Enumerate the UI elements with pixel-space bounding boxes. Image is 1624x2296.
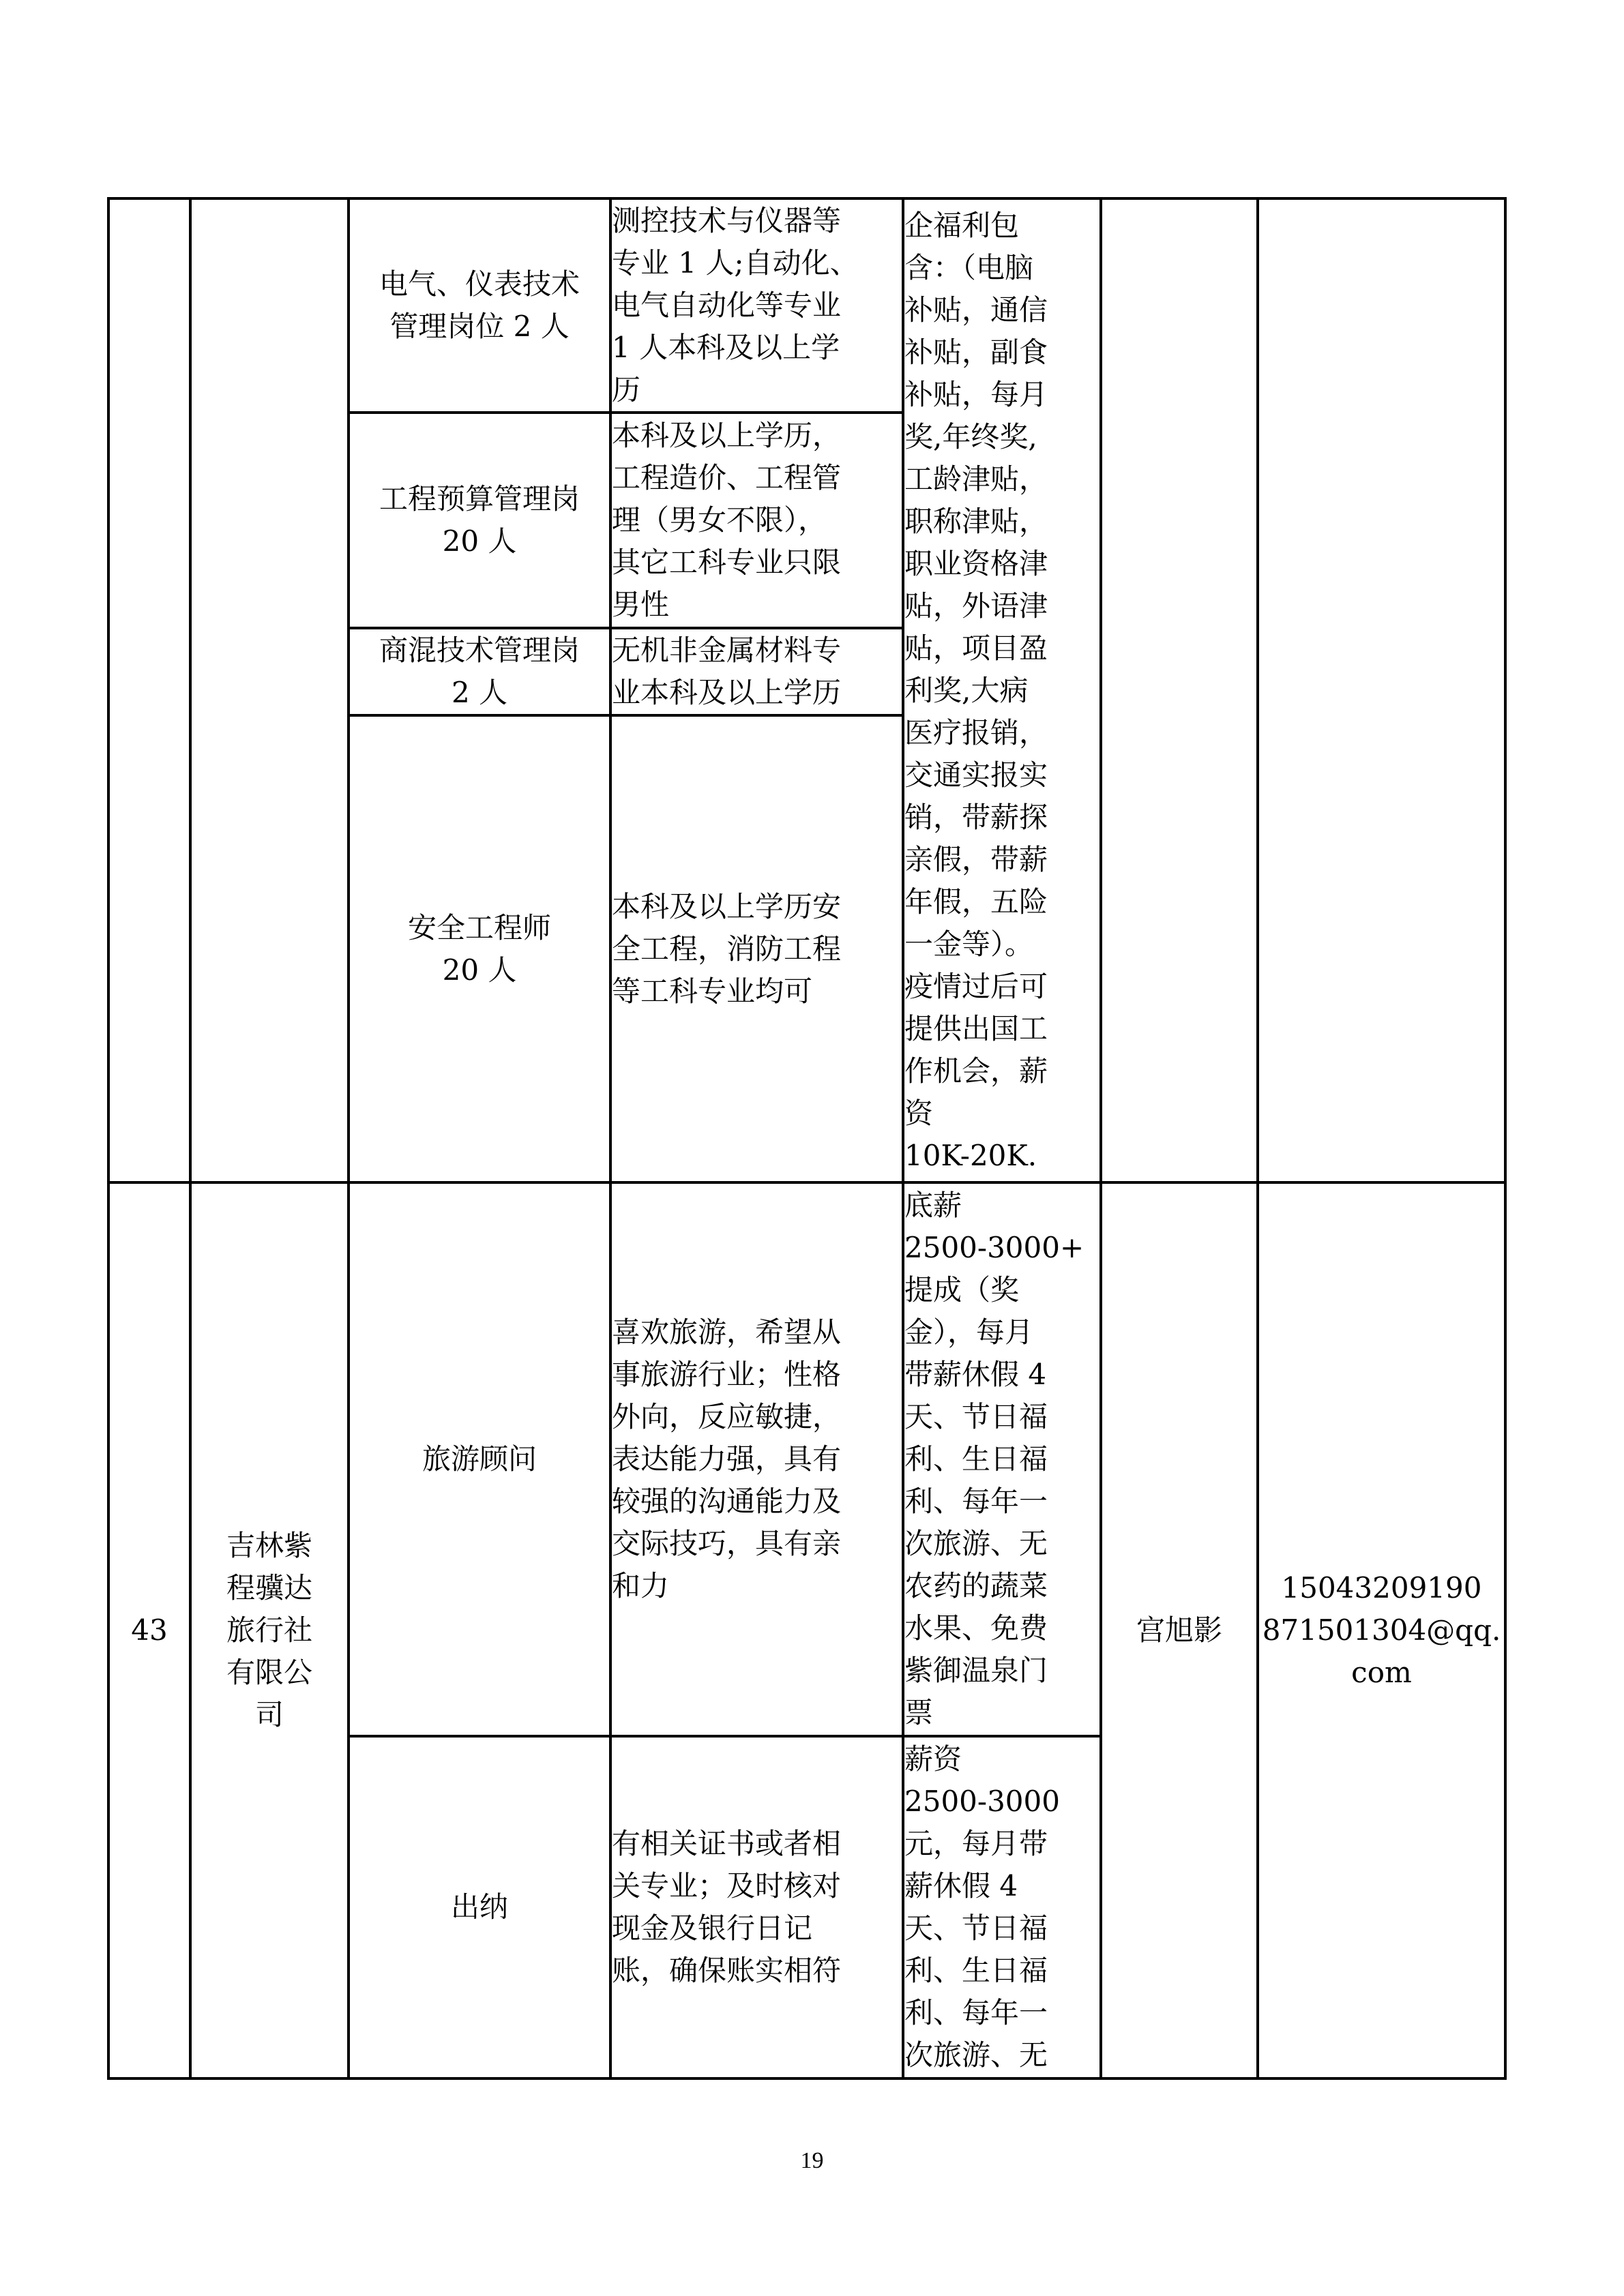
table-row: 43 吉林紫 程骥达 旅行社 有限公 司 旅游顾问 喜欢旅游，希望从 事旅游行业…: [108, 1182, 1505, 1736]
requirement-cell: 测控技术与仪器等 专业 1 人;自动化、 电气自动化等专业 1 人本科及以上学 …: [610, 198, 903, 413]
company-cell: 吉林紫 程骥达 旅行社 有限公 司: [190, 1182, 349, 2078]
recruitment-table: 电气、仪表技术 管理岗位 2 人 测控技术与仪器等 专业 1 人;自动化、 电气…: [107, 197, 1507, 2080]
position-title-cell: 旅游顾问: [349, 1182, 610, 1736]
contact-person-cell: 宫旭影: [1101, 1182, 1258, 2078]
requirement-cell: 本科及以上学历安 全工程，消防工程 等工科专业均可: [610, 715, 903, 1182]
document-page: 电气、仪表技术 管理岗位 2 人 测控技术与仪器等 专业 1 人;自动化、 电气…: [0, 0, 1624, 2296]
position-title-cell: 工程预算管理岗 20 人: [349, 413, 610, 628]
contact-info-cell: [1258, 198, 1505, 1182]
company-cell: [190, 198, 349, 1182]
requirement-cell: 无机非金属材料专 业本科及以上学历: [610, 628, 903, 715]
position-title-cell: 电气、仪表技术 管理岗位 2 人: [349, 198, 610, 413]
requirement-cell: 喜欢旅游，希望从 事旅游行业；性格 外向，反应敏捷， 表达能力强，具有 较强的沟…: [610, 1182, 903, 1736]
index-cell: [108, 198, 190, 1182]
requirement-cell: 有相关证书或者相 关专业；及时核对 现金及银行日记 账，确保账实相符: [610, 1736, 903, 2078]
page-number: 19: [0, 2148, 1624, 2174]
benefit-cell: 企福利包 含：（电脑 补贴，通信 补贴，副食 补贴，每月 奖,年终奖, 工龄津贴…: [903, 198, 1101, 1182]
benefit-cell: 底薪 2500-3000+ 提成（奖 金），每月 带薪休假 4 天、节日福 利、…: [903, 1182, 1101, 1736]
index-cell: 43: [108, 1182, 190, 2078]
benefit-cell: 薪资 2500-3000 元，每月带 薪休假 4 天、节日福 利、生日福 利、每…: [903, 1736, 1101, 2078]
position-title-cell: 安全工程师 20 人: [349, 715, 610, 1182]
contact-person-cell: [1101, 198, 1258, 1182]
position-title-cell: 商混技术管理岗 2 人: [349, 628, 610, 715]
requirement-cell: 本科及以上学历， 工程造价、工程管 理（男女不限）， 其它工科专业只限 男性: [610, 413, 903, 628]
email-address: 871501304@qq.: [1259, 1609, 1504, 1652]
table-row: 电气、仪表技术 管理岗位 2 人 测控技术与仪器等 专业 1 人;自动化、 电气…: [108, 198, 1505, 413]
position-title-cell: 出纳: [349, 1736, 610, 2078]
phone-number: 15043209190: [1259, 1567, 1504, 1609]
contact-info-cell: 15043209190 871501304@qq. com: [1258, 1182, 1505, 2078]
